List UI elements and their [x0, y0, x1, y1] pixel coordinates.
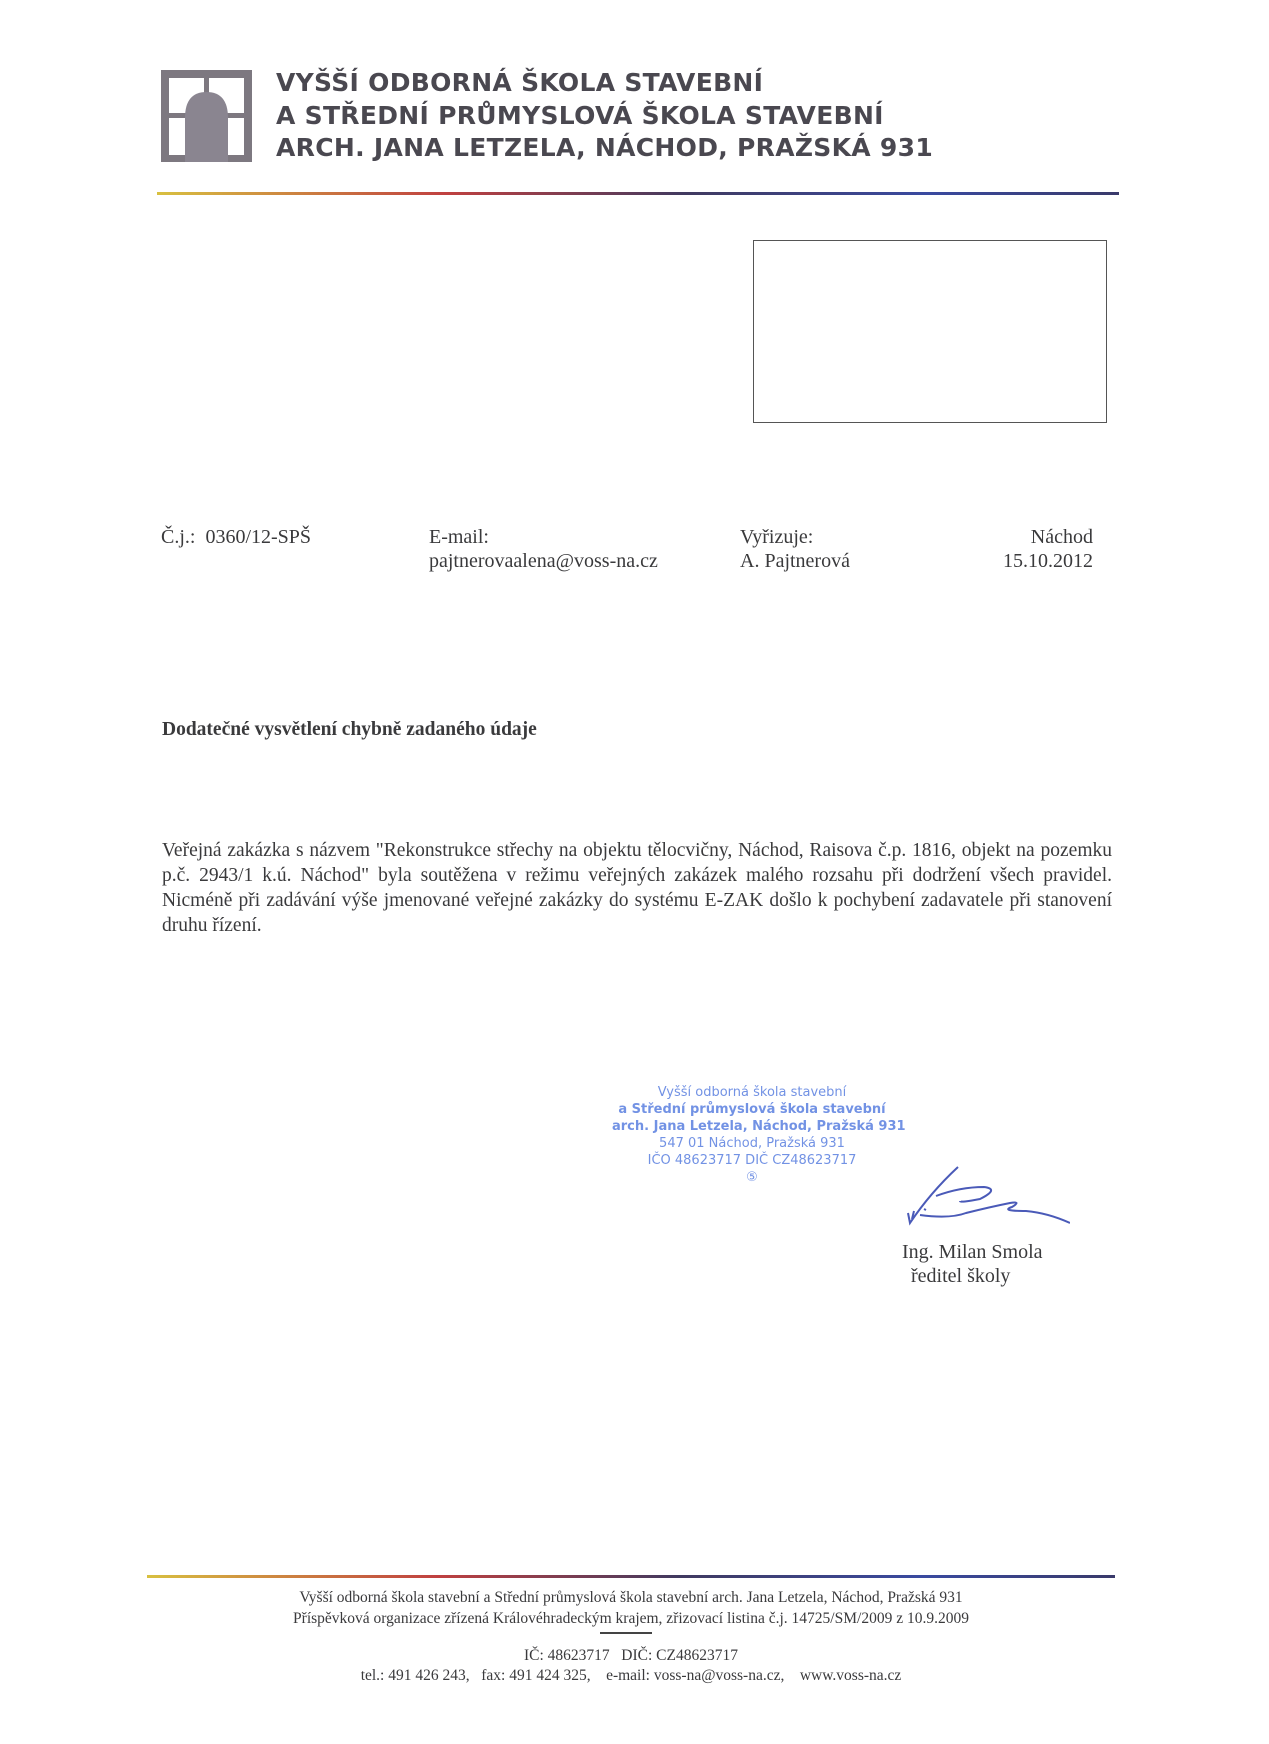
school-logo-icon: [161, 70, 252, 162]
signature-scribble-icon: [900, 1163, 1070, 1233]
date: 15.10.2012: [1003, 549, 1093, 573]
letterhead-line-3: ARCH. JANA LETZELA, NÁCHOD, PRAŽSKÁ 931: [276, 133, 933, 162]
body-paragraph: Veřejná zakázka s názvem "Rekonstrukce s…: [162, 838, 1112, 938]
official-stamp: Vyšší odborná škola stavební a Střední p…: [612, 1084, 892, 1186]
stamp-line-1: Vyšší odborná škola stavební: [612, 1084, 892, 1101]
subject-heading: Dodatečné vysvětlení chybně zadaného úda…: [162, 719, 537, 741]
address-window-box: [753, 240, 1107, 423]
stamp-line-3: arch. Jana Letzela, Náchod, Pražská 931: [612, 1118, 892, 1135]
footer-short-divider: [600, 1632, 652, 1634]
place: Náchod: [1003, 525, 1093, 549]
letterhead-line-2: A STŘEDNÍ PRŮMYSLOVÁ ŠKOLA STAVEBNÍ: [276, 101, 884, 130]
stamp-line-5: IČO 48623717 DIČ CZ48623717: [612, 1152, 892, 1169]
contact-email: E-mail: pajtnerovaalena@voss-na.cz: [429, 525, 658, 573]
signatory-title: ředitel školy: [902, 1264, 1043, 1288]
email-label: E-mail:: [429, 525, 658, 549]
cj-value: 0360/12-SPŠ: [205, 526, 311, 548]
reference-number: Č.j.: 0360/12-SPŠ: [161, 525, 311, 549]
handler-label: Vyřizuje:: [740, 525, 850, 549]
footer-contacts: tel.: 491 426 243, fax: 491 424 325, e-m…: [147, 1667, 1115, 1685]
footer-line-2: Příspěvková organizace zřízená Královéhr…: [147, 1610, 1115, 1628]
stamp-line-2: a Střední průmyslová škola stavební: [612, 1101, 892, 1118]
handled-by: Vyřizuje: A. Pajtnerová: [740, 525, 850, 573]
header-divider: [157, 192, 1119, 195]
cj-label: Č.j.:: [161, 526, 195, 548]
signatory: Ing. Milan Smola ředitel školy: [902, 1240, 1043, 1288]
footer-divider: [147, 1575, 1115, 1578]
letterhead-line-1: VYŠŠÍ ODBORNÁ ŠKOLA STAVEBNÍ: [276, 68, 763, 97]
footer-line-1: Vyšší odborná škola stavební a Střední p…: [147, 1589, 1115, 1607]
place-date: Náchod 15.10.2012: [1003, 525, 1093, 573]
stamp-number: ⑤: [612, 1169, 892, 1186]
email-value: pajtnerovaalena@voss-na.cz: [429, 549, 658, 573]
footer-ids: IČ: 48623717 DIČ: CZ48623717: [147, 1647, 1115, 1665]
signatory-name: Ing. Milan Smola: [902, 1240, 1043, 1264]
stamp-line-4: 547 01 Náchod, Pražská 931: [612, 1135, 892, 1152]
handler-value: A. Pajtnerová: [740, 549, 850, 573]
